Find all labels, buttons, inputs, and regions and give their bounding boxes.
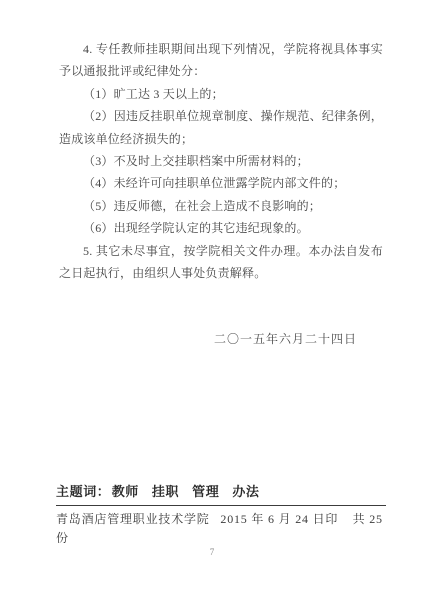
- issuer-name: 青岛酒店管理职业技术学院: [56, 512, 210, 526]
- paragraph-item-5: 5. 其它未尽事宜，按学院相关文件办理。本办法自发布之日起执行，由组织人事处负责…: [59, 240, 383, 285]
- paragraph-subitem-1: （1）旷工达 3 天以上的；: [59, 83, 383, 105]
- subject-term: 办法: [232, 484, 259, 499]
- footer-divider: [56, 505, 386, 506]
- document-body: 4. 专任教师挂职期间出现下列情况，学院将视具体事实予以通报批评或纪律处分： （…: [59, 38, 383, 284]
- print-date: 2015 年 6 月 24 日印: [220, 512, 338, 526]
- page-number: 7: [0, 547, 424, 557]
- subject-keywords-row: 主题词：教师挂职管理办法: [56, 482, 386, 501]
- subject-label: 主题词：: [56, 484, 110, 499]
- paragraph-subitem-4: （4）未经许可向挂职单位泄露学院内部文件的；: [59, 172, 383, 194]
- print-info-row: 青岛酒店管理职业技术学院2015 年 6 月 24 日印共 25 份: [56, 510, 386, 548]
- paragraph-item-4: 4. 专任教师挂职期间出现下列情况，学院将视具体事实予以通报批评或纪律处分：: [59, 38, 383, 83]
- paragraph-subitem-6: （6）出现经学院认定的其它违纪现象的。: [59, 217, 383, 239]
- paragraph-subitem-3: （3）不及时上交挂职档案中所需材料的；: [59, 150, 383, 172]
- document-date: 二〇一五年六月二十四日: [59, 330, 383, 347]
- paragraph-subitem-5: （5）违反师德，在社会上造成不良影响的；: [59, 195, 383, 217]
- subject-term: 挂职: [152, 484, 179, 499]
- paragraph-subitem-2: （2）因违反挂职单位规章制度、操作规范、纪律条例，造成该单位经济损失的；: [59, 105, 383, 150]
- document-page: 4. 专任教师挂职期间出现下列情况，学院将视具体事实予以通报批评或纪律处分： （…: [0, 0, 424, 600]
- subject-term: 管理: [192, 484, 219, 499]
- document-footer: 主题词：教师挂职管理办法 青岛酒店管理职业技术学院2015 年 6 月 24 日…: [56, 482, 386, 548]
- subject-term: 教师: [112, 484, 139, 499]
